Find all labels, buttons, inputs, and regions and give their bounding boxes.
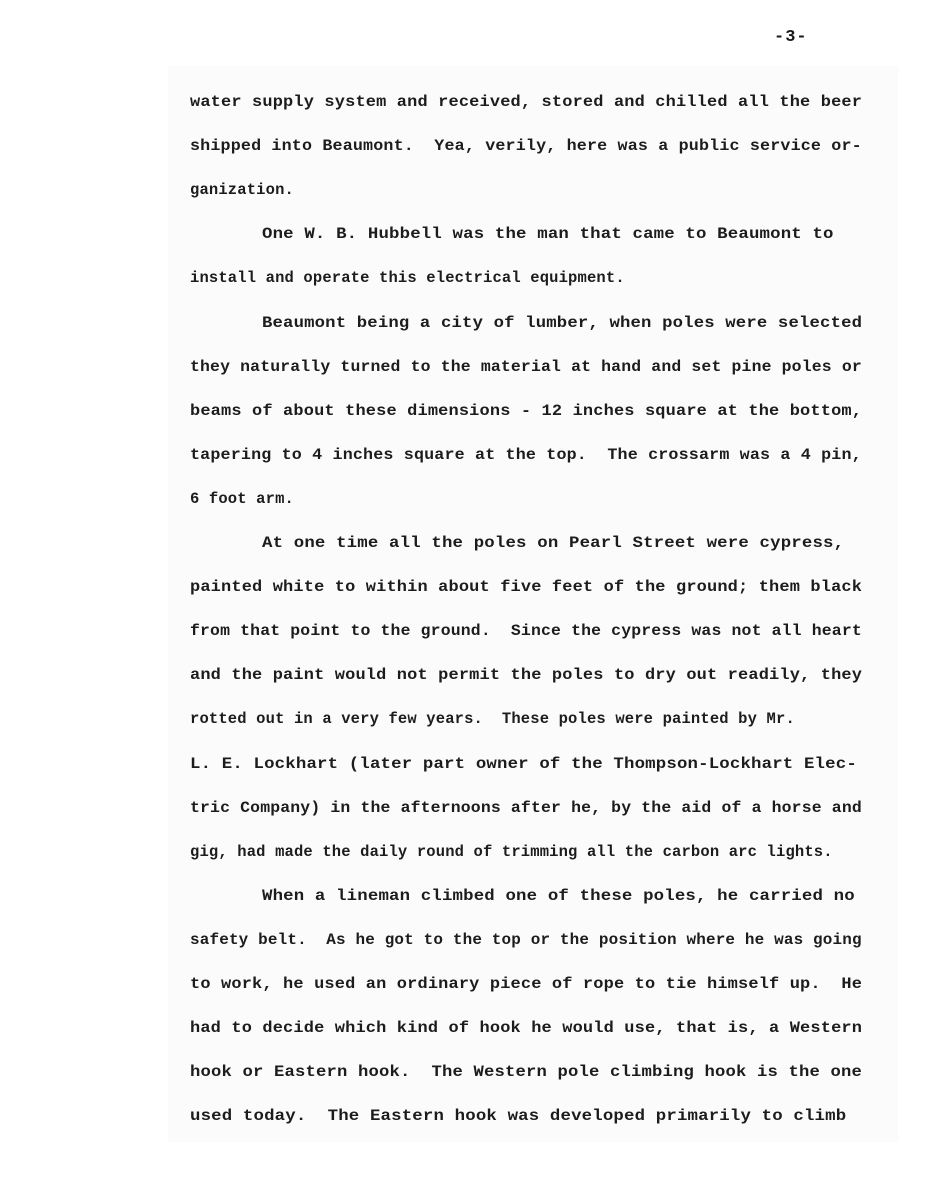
- text-line: water supply system and received, stored…: [190, 92, 862, 112]
- text-line: beams of about these dimensions - 12 inc…: [190, 401, 862, 421]
- text-line: had to decide which kind of hook he woul…: [190, 1018, 862, 1038]
- text-line: tric Company) in the afternoons after he…: [190, 798, 862, 818]
- text-line: ganization.: [190, 180, 294, 200]
- text-line: rotted out in a very few years. These po…: [190, 709, 795, 729]
- text-line: used today. The Eastern hook was develop…: [190, 1106, 846, 1126]
- paragraph-first-line: One W. B. Hubbell was the man that came …: [262, 224, 834, 244]
- text-line: 6 foot arm.: [190, 489, 294, 509]
- text-line: to work, he used an ordinary piece of ro…: [190, 974, 862, 994]
- text-line: shipped into Beaumont. Yea, verily, here…: [190, 136, 862, 156]
- paragraph-first-line: At one time all the poles on Pearl Stree…: [262, 533, 844, 553]
- text-line: tapering to 4 inches square at the top. …: [190, 445, 862, 465]
- text-line: L. E. Lockhart (later part owner of the …: [190, 754, 857, 774]
- text-line: safety belt. As he got to the top or the…: [190, 930, 862, 950]
- text-line: install and operate this electrical equi…: [190, 268, 625, 288]
- text-line: from that point to the ground. Since the…: [190, 621, 862, 641]
- document-page: -3- water supply system and received, st…: [0, 0, 927, 1200]
- text-line: they naturally turned to the material at…: [190, 357, 862, 377]
- paragraph-first-line: Beaumont being a city of lumber, when po…: [262, 313, 862, 333]
- text-line: painted white to within about five feet …: [190, 577, 862, 597]
- page-number: -3-: [774, 28, 808, 47]
- text-line: and the paint would not permit the poles…: [190, 665, 862, 685]
- text-line: gig, had made the daily round of trimmin…: [190, 842, 833, 862]
- text-line: hook or Eastern hook. The Western pole c…: [190, 1062, 862, 1082]
- paragraph-first-line: When a lineman climbed one of these pole…: [262, 886, 855, 906]
